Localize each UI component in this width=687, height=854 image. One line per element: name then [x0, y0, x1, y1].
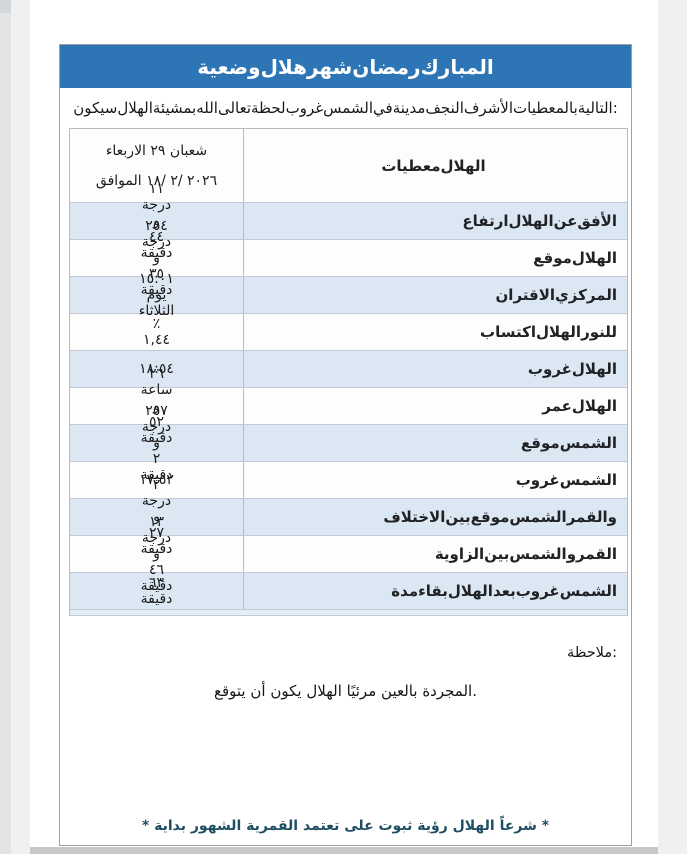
intro-sentence: سيكون الهلال بمشيئة الله تعالى لحظة غروب…	[62, 88, 629, 128]
row-label: موقع الهلال	[244, 240, 627, 276]
table-row: ٪ ١,٤٤ اكتساب الهلال للنور	[70, 314, 627, 351]
row-label: الاقتران المركزي	[244, 277, 627, 313]
row-label: موقع الشمس	[244, 425, 627, 461]
table-body: ١١ درجة و ٤٤ دقيقة ارتفاع الهلال عن الأف…	[70, 203, 627, 610]
header-date-line1: الاربعاء ٢٩ شعبان	[106, 139, 207, 163]
scan-corner-artifact	[0, 0, 11, 13]
row-label: مدة بقاء الهلال بعد غروب الشمس	[244, 573, 627, 609]
row-label: غروب الشمس	[244, 462, 627, 498]
row-label: غروب الهلال	[244, 351, 627, 387]
table-row: ٢٥٧ درجة و ٢ دقيقة موقع الشمس	[70, 425, 627, 462]
table-tail-strip	[70, 610, 627, 616]
row-value: ٦٣ دقيقة	[70, 573, 244, 609]
row-label: ارتفاع الهلال عن الأفق	[244, 203, 627, 239]
row-label: الزاوية بين الشمس و القمر	[244, 536, 627, 572]
header-column-label: معطيات الهلال	[244, 129, 627, 202]
row-value: ٪ ١,٤٤	[70, 314, 244, 350]
note-body: يتوقع أن يكون الهلال مرئيًا بالعين المجر…	[60, 682, 631, 700]
scan-edge-strip	[0, 0, 11, 854]
row-label: عمر الهلال	[244, 388, 627, 424]
row-value: ٢٥٧ درجة و ٢ دقيقة	[70, 425, 244, 461]
page-title: وضعية هلال شهر رمضان المبارك	[60, 45, 631, 88]
row-label: اكتساب الهلال للنور	[244, 314, 627, 350]
crescent-data-table: الاربعاء ٢٩ شعبان الموافق ١٨/ ٢/ ٢٠٢٦ مع…	[69, 128, 628, 616]
document-frame: وضعية هلال شهر رمضان المبارك سيكون الهلا…	[59, 44, 632, 846]
footer-disclaimer: * بداية الشهور القمرية تعتمد على ثبوت رؤ…	[60, 818, 631, 834]
scan-bottom-band	[30, 847, 658, 854]
table-row: ١٥:٠١ يوم الثلاثاء الاقتران المركزي	[70, 277, 627, 314]
table-row: ٦٣ دقيقة مدة بقاء الهلال بعد غروب الشمس	[70, 573, 627, 610]
row-value: ١٥:٠١ يوم الثلاثاء	[70, 277, 244, 313]
table-row: ١٣ درجة و ٤٦ دقيقة الزاوية بين الشمس و ا…	[70, 536, 627, 573]
note-heading: ملاحظة:	[567, 645, 617, 661]
row-label: الاختلاف بين موقع الشمس والقمر	[244, 499, 627, 535]
row-value: ١٣ درجة و ٤٦ دقيقة	[70, 536, 244, 572]
